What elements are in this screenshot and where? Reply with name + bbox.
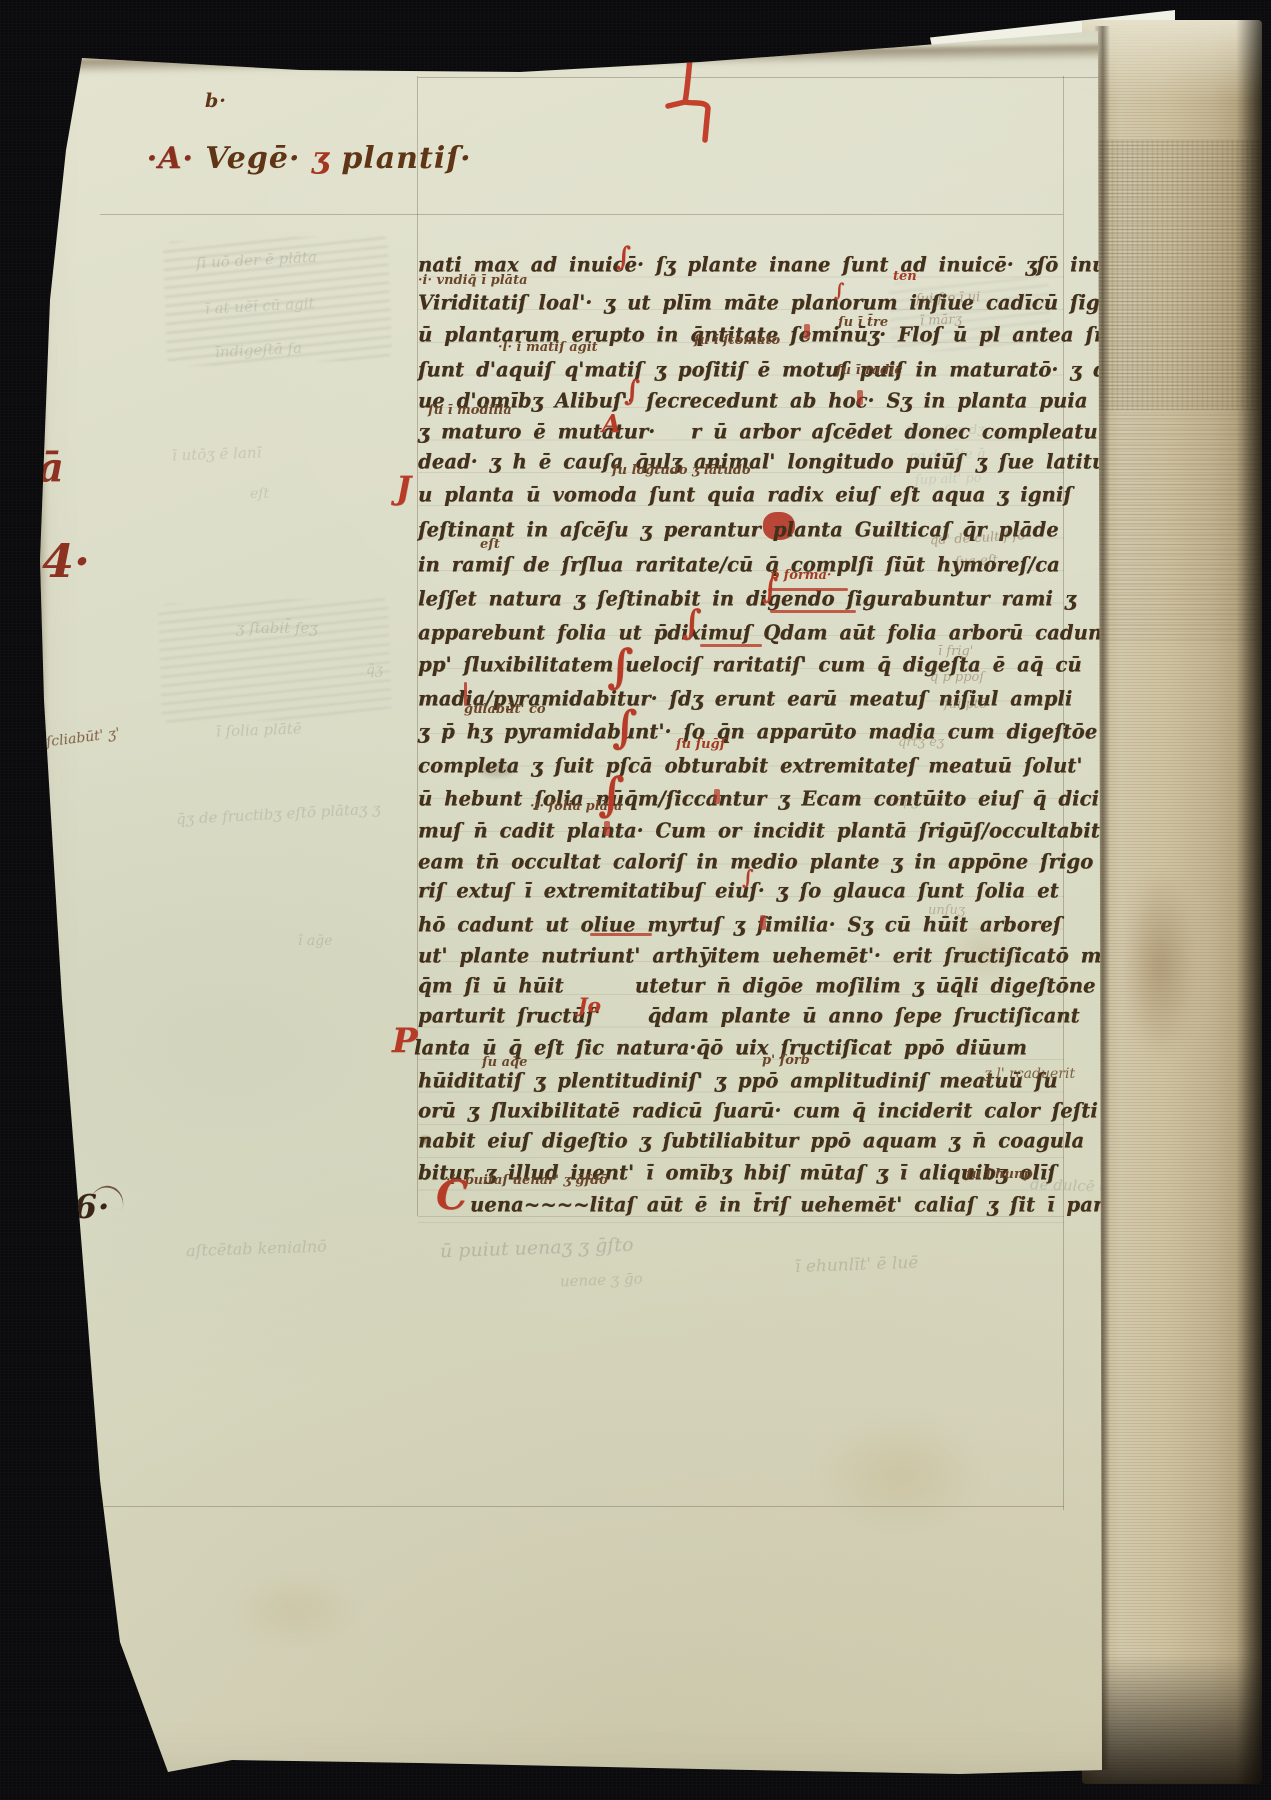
marginal-annotation: ʒ l' rcaduerit [984,1066,1075,1082]
quire-mark [664,52,718,148]
fore-edge-smudge [1110,840,1210,1090]
running-title-word: plantiſ· [330,141,472,176]
manuscript-text-line: ʒ p̄ hʒ pyramidabunt'· ſo q̄n apparūto m… [418,718,1097,745]
rubric-mark: P [392,1026,418,1057]
interlinear-gloss: ſu ī radīc [836,364,902,378]
ruling-line-lower [104,1506,1064,1507]
rubric-mark: ∫ [616,246,631,269]
manuscript-text-line: ʒ maturo ē mutatur· r ū arbor aſcēdet do… [418,418,1141,445]
interlinear-gloss: ſu ſuḡſ [676,738,725,752]
marginal-annotation: ī ſolia plātē [216,721,302,741]
marginal-annotation: cōpʒ [888,796,919,811]
manuscript-text-line: riſ extuſ ī extremitatibuſ eiuſ· ʒ ſo gl… [418,877,1059,904]
rubric-mark: ∫ [624,378,640,403]
chapter-number-mark: ā [38,448,64,488]
show-through-text [158,596,392,724]
interlinear-gloss: p' ſorb [762,1054,810,1068]
marginal-annotation: ʒ ſtabit̄ ſeʒ [236,620,318,637]
marginal-annotation: q̄rtʒ eʒ [898,736,944,751]
rubric-mark [714,789,720,804]
rubric-mark: ∫ [598,774,625,815]
parchment-stain [790,1400,1010,1550]
rubric-mark [700,644,762,647]
interlinear-gloss: ten [893,270,917,284]
running-title-word: Vegē· [194,141,301,176]
marginal-annotation: ſup alt' pō [915,472,982,489]
manuscript-text-line: nabit eiuſ digeſtio ʒ ſubtiliabitur ppō … [418,1127,1084,1154]
rubric-mark: ∫ [607,646,634,687]
interlinear-gloss: ·l· i matiſ agit [498,341,598,355]
marginal-annotation: ſui ſto ī ui [916,291,981,308]
interlinear-gloss: ſu ī modilla [428,404,512,418]
ruling-line-header [100,214,1063,215]
parchment-page: ·A· Vegē·b· ʒ plantiſ· ā4· nati max ad i… [0,0,1271,1800]
interlinear-gloss: ·i· vndiq̄ ī plāta [418,274,528,288]
manuscript-text-line: apparebunt folia ut p̄diximuſ Qdam aūt f… [418,619,1163,646]
marginal-annotation: uenae ʒ ḡo [560,1271,643,1291]
rubric-mark: Jo [578,996,601,1014]
page-edge-darkening [36,60,48,1760]
manuscript-text-line: eam tn̄ occultat caloriſ in medio plante… [418,848,1093,875]
rubric-mark: A [602,413,621,435]
rubric-mark: ∫ [612,708,637,748]
interlinear-gloss: ſu aq̄e [482,1056,527,1070]
rubric-mark [464,682,467,706]
interlinear-gloss: ſu loḡtudo ʒ lātudo [612,464,751,478]
manuscript-photo: ·A· Vegē·b· ʒ plantiſ· ā4· nati max ad i… [0,0,1271,1800]
marginal-annotation: ī mārʒ [920,313,962,329]
rubric-mark: ∫ [834,283,844,299]
interlinear-gloss: gūlabūt' co [464,703,546,717]
marginal-annotation: ſua eſt [955,554,999,571]
marginal-annotation: co durāte ḡ [910,448,986,466]
manuscript-text-line: ſunt d'aquiſ q'matiſ ʒ poſitiſ ē motuſ p… [418,356,1137,383]
running-title-connector: ʒ [300,141,329,176]
interlinear-gloss: ſu ī ſtomato [694,334,780,348]
running-title: ·A· Vegē·b· ʒ plantiſ· [78,114,472,204]
rubric-mark: J [396,474,411,503]
manuscript-text-line: orū ʒ ſluxibilitatē radicū ſuarū· cum q̄… [418,1097,1098,1124]
rubric-mark [760,915,766,930]
manuscript-text-line: ū hebunt ſolia nūq̄m/ſiccantur ʒ Ecam co… [418,785,1099,812]
running-title-superscript: b· [205,92,227,111]
manuscript-text-line: nati max ad inuicē· ſʒ plante inane ſunt… [418,251,1191,278]
manuscript-text-line: muſ n̄ cadit planta· Cum or incidit plan… [418,817,1100,844]
manuscript-text-line: Viriditatiſ loal'· ʒ ut plīm māte planor… [418,289,1124,316]
manuscript-text-line: q̄m ſi ū hūit utetur n̄ digōe moſilim ʒ … [418,972,1096,999]
interlinear-gloss: eſt [480,538,500,552]
interlinear-gloss: p̄ forma· [770,569,831,583]
running-title-siglum: ·A· [147,141,194,176]
rubric-mark: ∫ [742,868,754,886]
manuscript-text-line: leſſet natura ʒ ſeſtinabit in digendo ſi… [418,585,1076,612]
rubric-mark [604,821,610,836]
manuscript-text-line: uena~~~~litaſ aūt ē in t̄riſ uehemēt' ca… [470,1191,1118,1218]
interlinear-gloss: ſu ī hunp [966,1168,1032,1182]
ruling-line-top [418,77,1102,78]
marginal-annotation: ī utōʒ ē lanī [172,444,262,464]
rubric-mark [857,390,863,405]
marginal-annotation: unſuʒ [928,904,965,919]
marginal-annotation: eſt [250,486,269,502]
marginal-annotation: q̄ʒ [366,662,383,678]
fore-edge-shadow [1236,20,1262,1784]
marginal-annotation: q̄d ut ſup dʒ [905,424,985,442]
manuscript-text-line: ue d'omībʒ Alibuſ'· ſecrecedunt ab hoc· … [418,387,1178,414]
manuscript-text-line: hūiditatiſ ʒ plentitudiniſ' ʒ ppō amplit… [418,1067,1058,1094]
marginal-annotation: ī frig' [938,645,973,660]
manuscript-text-line: parturit ſructūſ' q̄dam plante ū anno ſe… [418,1002,1080,1029]
marginal-annotation: q̄ p ppōſ [930,671,984,686]
manuscript-text-line: dead· ʒ h ē cauſa q̄ulʒ animal' longitud… [418,448,1149,475]
rubric-mark: C [436,1178,468,1214]
manuscript-text-line: completa ʒ ſuit pſcā obturabit extremita… [418,752,1082,779]
manuscript-text-line: ut' plante nutriunt' arthȳitem uehemēt'·… [418,942,1128,969]
marginal-annotation: ī aḡe [298,933,333,949]
interlinear-gloss: ·i· puitaſ uenar' ʒ ḡſdō [446,1174,608,1188]
rubric-mark [770,610,856,613]
marginal-annotation: ſui ptō [944,698,987,713]
rubric-mark: ∫ [682,608,702,639]
parchment-stain [210,1560,380,1660]
interlinear-gloss: ſu ī t̄re [838,316,888,330]
rubric-mark [590,933,652,936]
rubric-mark [768,588,848,591]
rubric-mark [804,324,810,339]
chapter-number-mark: 4· [42,538,90,584]
